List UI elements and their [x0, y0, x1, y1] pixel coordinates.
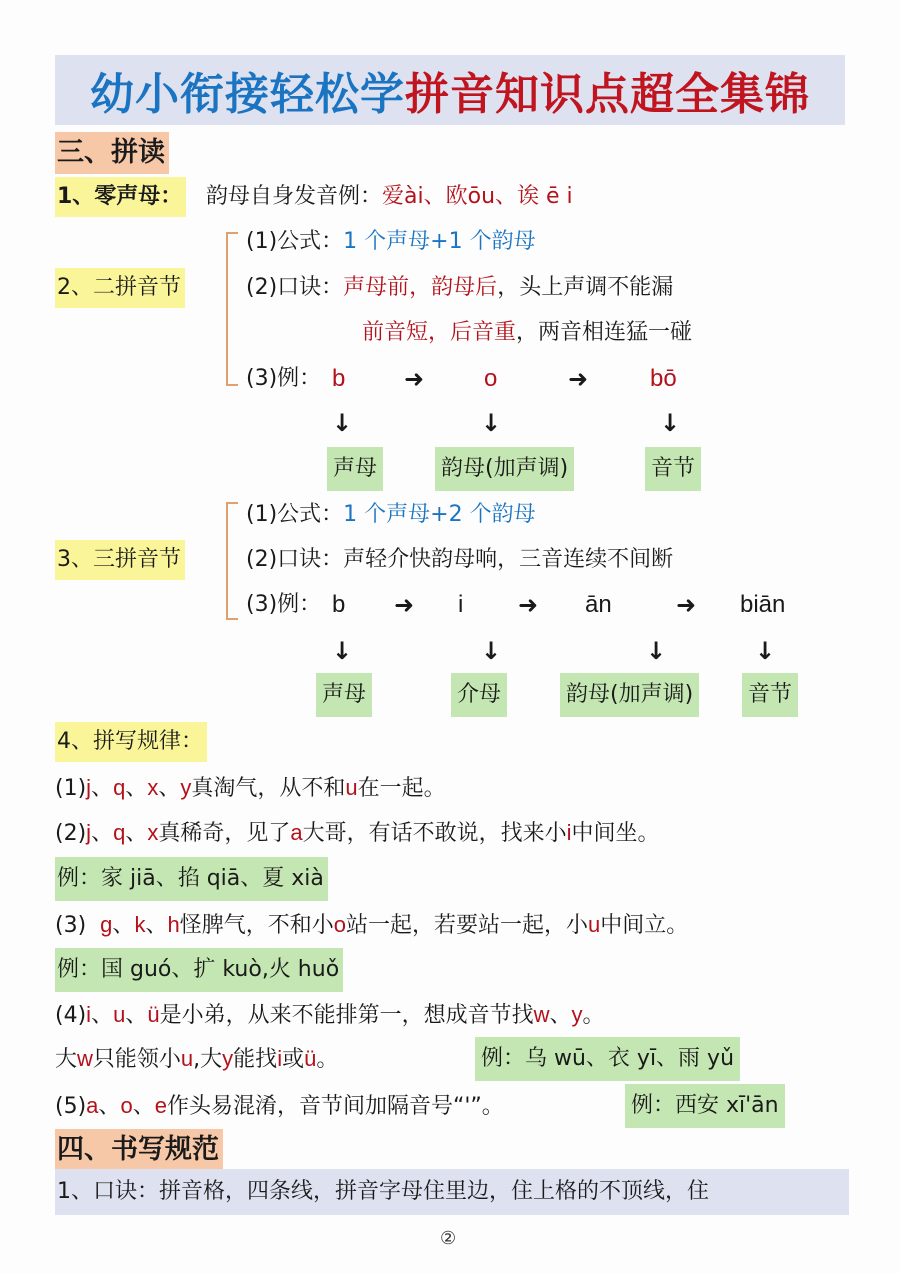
- rule-text: 在一起。: [358, 776, 446, 801]
- rule-text: 真淘气，从不和: [191, 776, 345, 801]
- rule-text: 。: [583, 1003, 605, 1028]
- item2-formula-line: (1)公式：1 个声母+1 个韵母: [246, 224, 536, 260]
- item3-formula-prefix: (1)公式：: [246, 502, 343, 527]
- red-letter: w: [534, 1002, 550, 1027]
- example3: 例：国 guó、扩 kuò,火 huǒ: [55, 948, 343, 992]
- item3-example-an: ān: [585, 587, 612, 623]
- item3-formula-line: (1)公式：1 个声母+2 个韵母: [246, 497, 536, 533]
- rule-text: 能找: [233, 1047, 277, 1072]
- item2-example-bo: bō: [650, 361, 677, 397]
- rule-text: ,大: [193, 1047, 222, 1072]
- separator: 、: [98, 1094, 120, 1119]
- item4-label: 4、拼写规律：: [55, 722, 207, 762]
- red-letter: u: [588, 912, 600, 937]
- red-letter: o: [334, 912, 346, 937]
- rule5: (5)a、o、e作头易混淆，音节间加隔音号“'”。: [55, 1088, 504, 1125]
- down-arrow-icon: ↓: [646, 636, 666, 666]
- down-arrow-icon: ↓: [481, 408, 501, 438]
- right-arrow-icon: ➜: [404, 364, 424, 394]
- item2-rhyme-line1: (2)口诀：声母前，韵母后，头上声调不能漏: [246, 270, 673, 306]
- rule-text: 大: [55, 1047, 77, 1072]
- rule-text: 或: [282, 1047, 304, 1072]
- item2-box-syllable: 音节: [645, 447, 701, 491]
- red-letter: u: [181, 1046, 193, 1071]
- rule-text: 中间坐。: [572, 821, 660, 846]
- down-arrow-icon: ↓: [481, 636, 501, 666]
- separator: 、: [112, 913, 134, 938]
- rule-prefix: (2): [55, 821, 86, 846]
- item3-example-prefix: (3)例：: [246, 587, 321, 623]
- item2-rhyme1-black: ，头上声调不能漏: [497, 275, 673, 300]
- separator: 、: [550, 1003, 572, 1028]
- title-part2: 拼音知识点超全集锦: [405, 58, 810, 122]
- item2-label: 2、二拼音节: [55, 268, 185, 308]
- rule-prefix: (1): [55, 776, 86, 801]
- red-letter: y: [222, 1046, 233, 1071]
- item3-example-i: i: [458, 587, 463, 623]
- page-number: ②: [440, 1228, 456, 1249]
- rule-text: 只能领小: [93, 1047, 181, 1072]
- item2-rhyme-prefix: (2)口诀：: [246, 275, 343, 300]
- rule-text: 真稀奇，见了: [158, 821, 290, 846]
- separator: 、: [91, 776, 113, 801]
- red-letter: a: [86, 1093, 98, 1118]
- right-arrow-icon: ➜: [518, 590, 538, 620]
- red-letter: u: [345, 775, 357, 800]
- red-letter: ü: [304, 1046, 316, 1071]
- rule-text: 作头易混淆，音节间加隔音号“'”。: [167, 1094, 504, 1119]
- item2-example-prefix: (3)例：: [246, 361, 321, 397]
- page-title: 幼小衔接轻松学拼音知识点超全集锦: [55, 55, 845, 125]
- separator: 、: [91, 1003, 113, 1028]
- item3-box-initial: 声母: [316, 673, 372, 717]
- separator: 、: [125, 1003, 147, 1028]
- separator: 、: [125, 776, 147, 801]
- rule2: (2)j、q、x真稀奇，见了a大哥，有话不敢说，找来小i中间坐。: [55, 815, 660, 852]
- item3-formula: 1 个声母+2 个韵母: [343, 502, 535, 527]
- item1-examples: 爱ài、欧ōu、诶 ē i: [382, 184, 573, 209]
- section3-heading: 三、拼读: [55, 132, 169, 174]
- red-letter: k: [134, 912, 145, 937]
- red-letter: ü: [147, 1002, 159, 1027]
- red-letter: h: [167, 912, 179, 937]
- red-letter: g: [100, 912, 112, 937]
- item1-line: 韵母自身发音例：爱ài、欧ōu、诶 ē i: [206, 179, 573, 215]
- down-arrow-icon: ↓: [332, 408, 352, 438]
- item2-rhyme1-red: 声母前，韵母后: [343, 275, 497, 300]
- separator: 、: [133, 1094, 155, 1119]
- red-letter: q: [113, 775, 125, 800]
- item3-label: 3、三拼音节: [55, 540, 185, 580]
- item2-rhyme2-red: 前音短，后音重: [362, 320, 516, 345]
- right-arrow-icon: ➜: [568, 364, 588, 394]
- item2-bracket: [226, 232, 238, 386]
- item3-rhyme: (2)口诀：声轻介快韵母响，三音连续不间断: [246, 542, 673, 578]
- example5: 例：西安 xī'ān: [625, 1084, 785, 1128]
- right-arrow-icon: ➜: [394, 590, 414, 620]
- item2-formula-prefix: (1)公式：: [246, 229, 343, 254]
- red-letter: o: [120, 1093, 132, 1118]
- example2: 例：家 jiā、掐 qiā、夏 xià: [55, 857, 328, 901]
- right-arrow-icon: ➜: [676, 590, 696, 620]
- red-letter: e: [155, 1093, 167, 1118]
- item2-rhyme2-black: ，两音相连猛一碰: [516, 320, 692, 345]
- red-letter: a: [290, 820, 302, 845]
- red-letter: x: [147, 820, 158, 845]
- red-letter: q: [113, 820, 125, 845]
- item2-box-final: 韵母(加声调): [435, 447, 574, 491]
- item2-formula: 1 个声母+1 个韵母: [343, 229, 535, 254]
- item1-text: 韵母自身发音例：: [206, 184, 382, 209]
- item1-label: 1、零声母：: [55, 177, 186, 217]
- item3-box-final: 韵母(加声调): [560, 673, 699, 717]
- down-arrow-icon: ↓: [332, 636, 352, 666]
- rule4: (4)i、u、ü是小弟，从来不能排第一，想成音节找w、y。: [55, 997, 605, 1034]
- rule4b: 大w只能领小u,大y能找i或ü。: [55, 1041, 338, 1078]
- rule-text: 。: [316, 1047, 338, 1072]
- title-part1: 幼小衔接轻松学: [90, 58, 405, 122]
- down-arrow-icon: ↓: [660, 408, 680, 438]
- red-letter: y: [180, 775, 191, 800]
- rule-text: 大哥，有话不敢说，找来小: [303, 821, 567, 846]
- red-letter: u: [113, 1002, 125, 1027]
- red-letter: x: [147, 775, 158, 800]
- rule-prefix: (4): [55, 1003, 86, 1028]
- separator: 、: [145, 913, 167, 938]
- item2-box-initial: 声母: [327, 447, 383, 491]
- red-letter: w: [77, 1046, 93, 1071]
- rule-prefix: (5): [55, 1094, 86, 1119]
- red-letter: y: [572, 1002, 583, 1027]
- rule-text: 中间立。: [600, 913, 688, 938]
- rule-text: 站一起，若要站一起，小: [346, 913, 588, 938]
- section4-heading: 四、书写规范: [55, 1129, 223, 1171]
- rule-text: 怪脾气，不和小: [180, 913, 334, 938]
- item3-box-syllable: 音节: [742, 673, 798, 717]
- separator: 、: [91, 821, 113, 846]
- item3-example-bian: biān: [740, 587, 785, 623]
- item2-example-o: o: [484, 361, 497, 397]
- example4: 例：乌 wū、衣 yī、雨 yǔ: [475, 1037, 740, 1081]
- separator: 、: [158, 776, 180, 801]
- item3-bracket: [226, 502, 238, 620]
- item3-example-b: b: [332, 587, 345, 623]
- separator: 、: [125, 821, 147, 846]
- rule1: (1)j、q、x、y真淘气，从不和u在一起。: [55, 770, 446, 807]
- rule-prefix: (3): [55, 913, 86, 938]
- rule-text: 是小弟，从来不能排第一，想成音节找: [160, 1003, 534, 1028]
- section4-item1: 1、口诀：拼音格，四条线，拼音字母住里边，住上格的不顶线，住: [55, 1169, 849, 1215]
- rule3: (3) g、k、h怪脾气，不和小o站一起，若要站一起，小u中间立。: [55, 907, 688, 944]
- item2-example-b: b: [332, 361, 345, 397]
- item3-box-medial: 介母: [451, 673, 507, 717]
- down-arrow-icon: ↓: [755, 636, 775, 666]
- item2-rhyme-line2: 前音短，后音重，两音相连猛一碰: [362, 315, 692, 351]
